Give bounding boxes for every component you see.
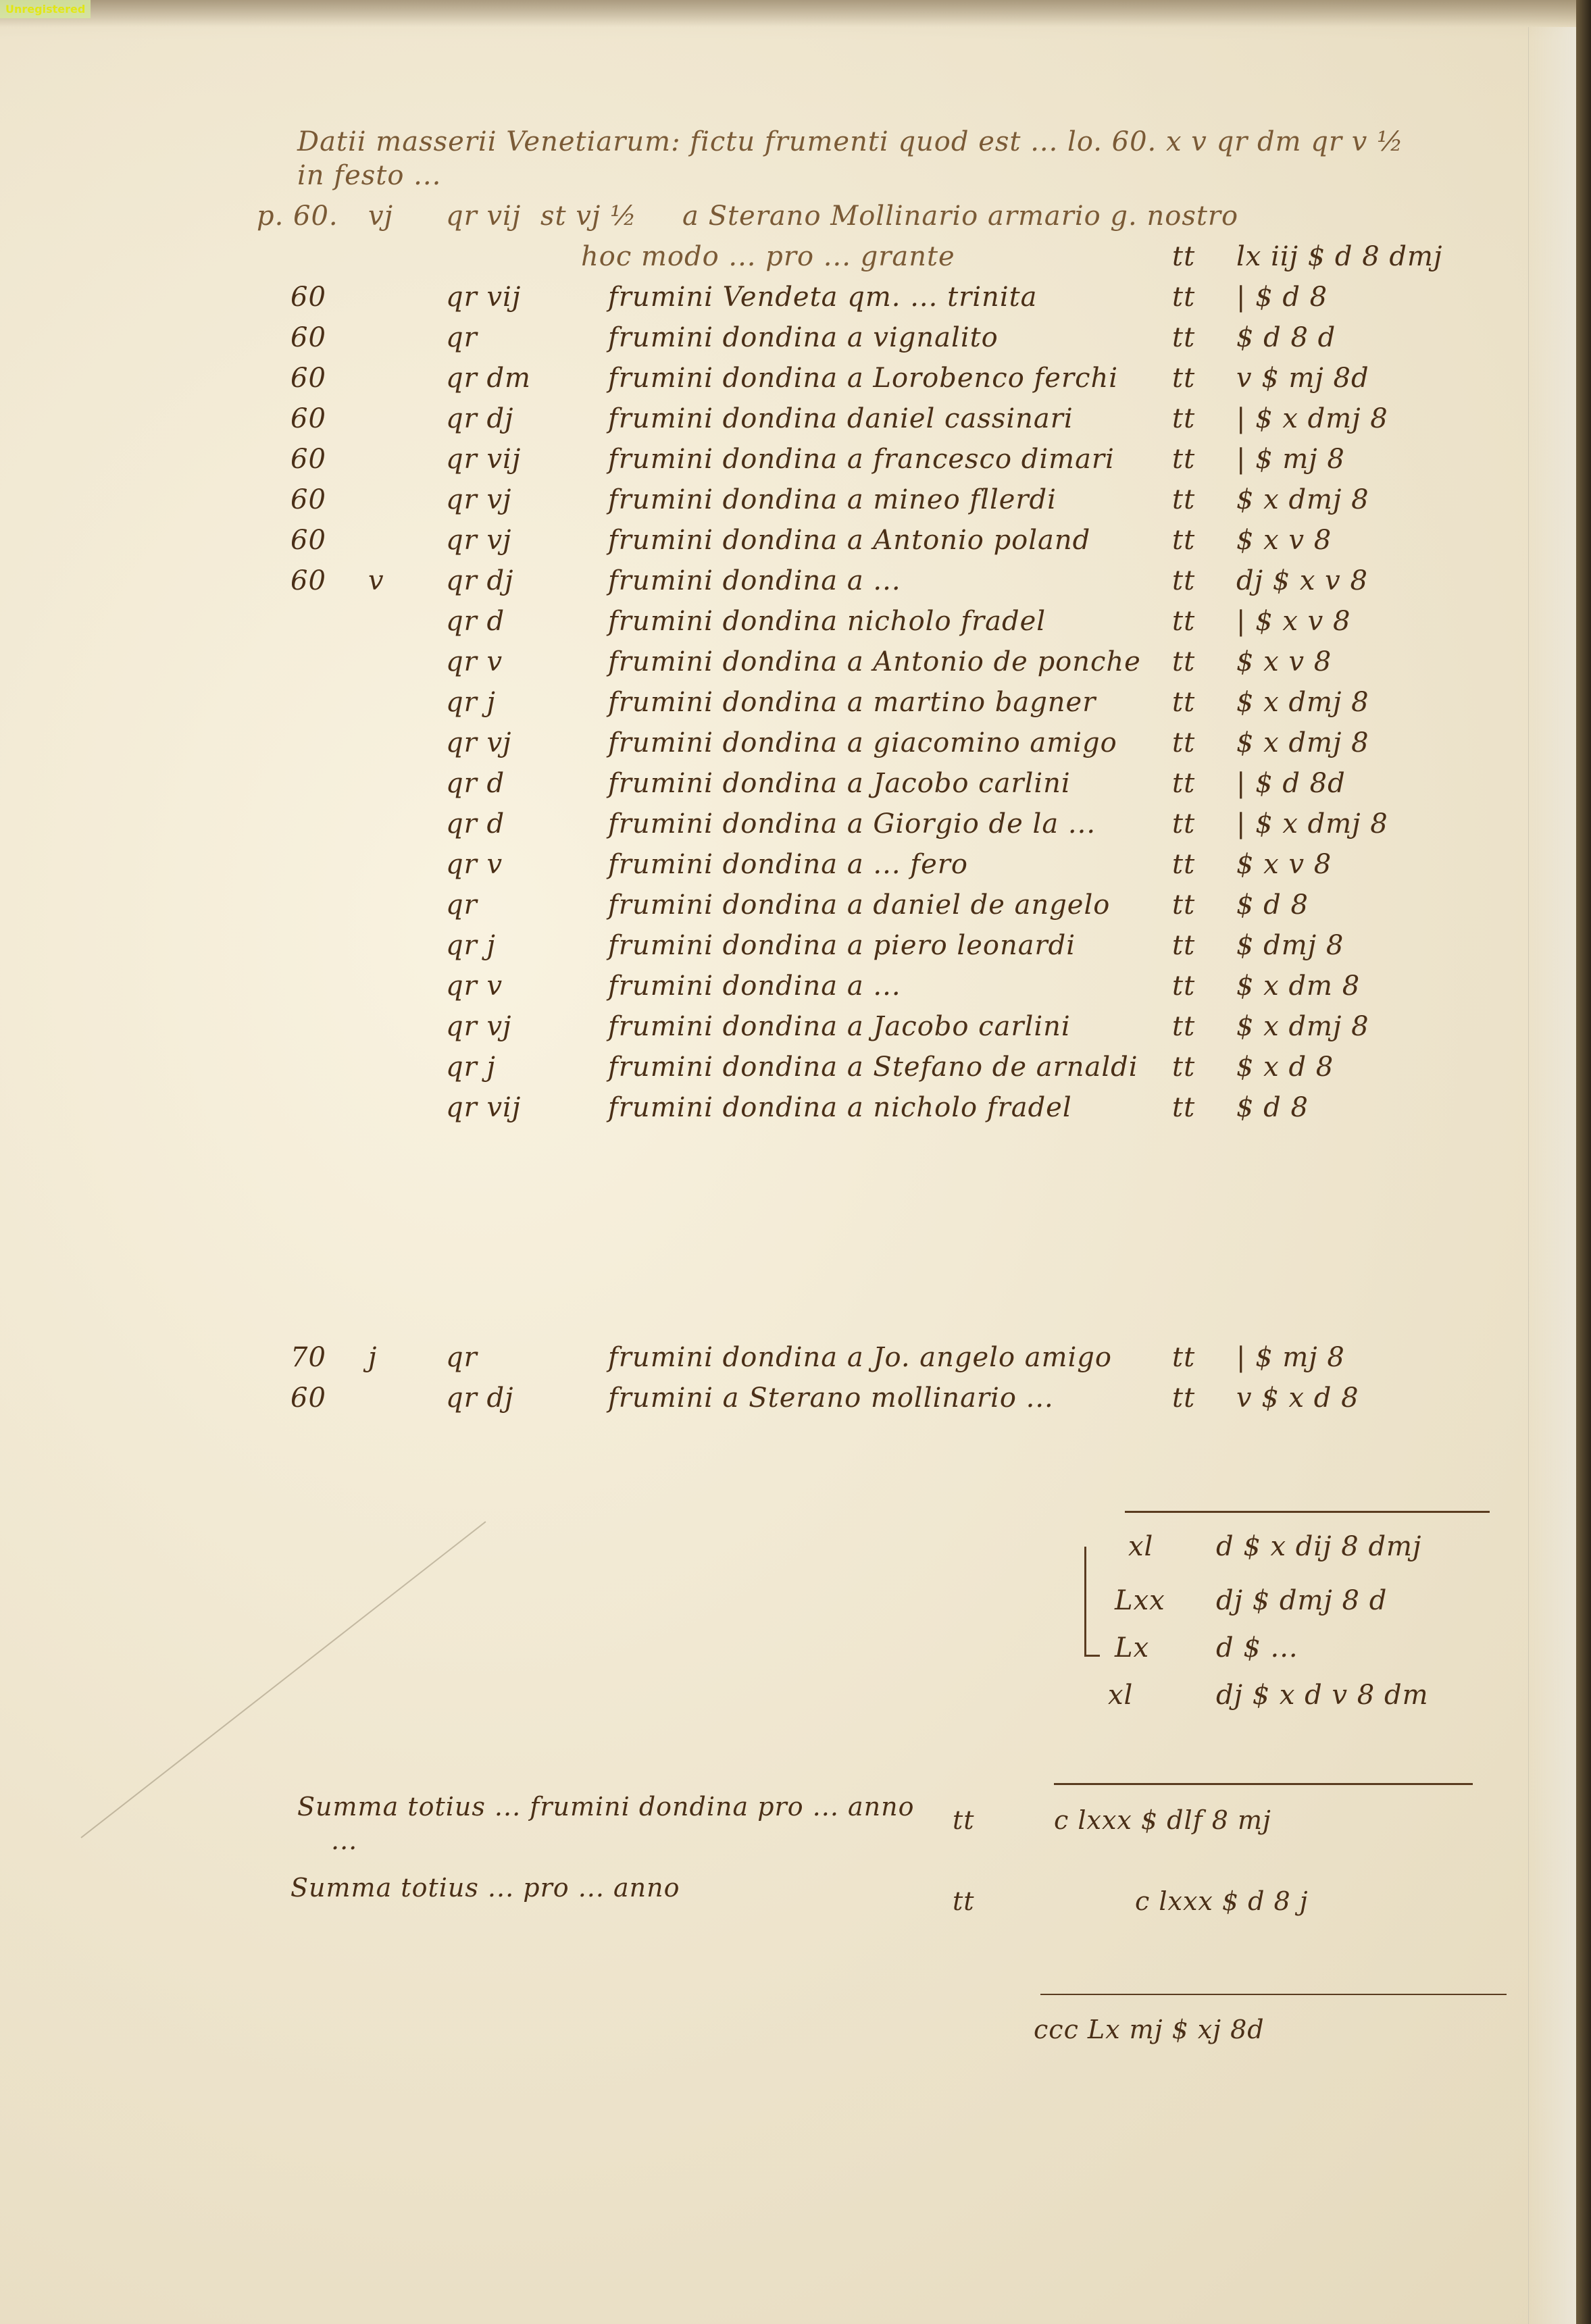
entry-text: frumini dondina a daniel de angelo [608,885,1110,925]
amount: $ x v 8 [1236,642,1332,682]
quantity: qr dj [446,1378,513,1418]
summary-mark: tt [953,1803,975,1837]
tt-mark: tt [1172,358,1195,398]
quantity: qr vj [446,723,511,763]
quantity: qr v [446,844,503,885]
summary-line-2: Summa totius ... pro ... anno [291,1871,680,1905]
ledger-row: qr vij frumini dondina a nicholo fradel … [0,1087,1554,1128]
quantity: qr vj [446,480,511,520]
quantity: qr vij [446,196,521,236]
first-entry: p. 60. vj qr vij st vj ½ a Sterano Molli… [0,196,1554,236]
entry-text: frumini dondina a Giorgio de la ... [608,804,1096,844]
margin-mark: 60 [291,358,326,398]
summary-amount: c lxxx $ dlf 8 mj [1054,1803,1271,1837]
tt-mark: tt [1172,723,1195,763]
entry-text: frumini dondina a Stefano de arnaldi [608,1047,1138,1087]
tt-mark: tt [1172,885,1195,925]
tt-mark: tt [1172,317,1195,358]
grand-total-rule [1040,1994,1507,1995]
ledger-row: qr j frumini dondina a Stefano de arnald… [0,1047,1554,1087]
subtotal-label: Lxx [1115,1580,1165,1621]
page-top-edge [0,0,1591,27]
subtotal-row: Lx d $ ... [0,1628,1554,1668]
amount: | $ x dmj 8 [1236,398,1388,439]
subtotal-label: xl [1108,1675,1133,1715]
subtotal-row: xl dj $ x d v 8 dm [0,1675,1554,1715]
extra-quantity: st vj ½ [540,196,637,236]
amount: v $ x d 8 [1236,1378,1359,1418]
entry-text: frumini dondina a piero leonardi [608,925,1076,966]
quantity: qr vj [446,1006,511,1047]
tt-mark: tt [1172,844,1195,885]
amount: $ d 8 [1236,885,1309,925]
summary-mark: tt [953,1884,975,1918]
quantity: qr d [446,804,505,844]
quantity: qr dm [446,358,531,398]
ledger-row: 60 qr dm frumini dondina a Lorobenco fer… [0,358,1554,398]
quantity: qr [446,1337,478,1378]
entry-text: frumini Vendeta qm. ... trinita [608,277,1038,317]
tt-mark: tt [1172,520,1195,561]
amount: | $ x v 8 [1236,601,1350,642]
grand-total: ccc Lx mj $ xj 8d [1034,2013,1265,2046]
tt-mark: tt [1172,561,1195,601]
heading-line-1: Datii masserii Venetiarum: fictu frument… [297,125,1513,159]
ledger-row: 60 qr vij frumini Vendeta qm. ... trinit… [0,277,1554,317]
sub-value: v [368,561,384,601]
tt-mark: tt [1172,1337,1195,1378]
margin-mark: 60 [291,561,326,601]
quantity: qr v [446,966,503,1006]
entry-text: frumini dondina a ... [608,966,901,1006]
ledger-row: 60 v qr dj frumini dondina a ... tt dj $… [0,561,1554,601]
first-entry-continuation: hoc modo ... pro ... grante tt lx iij $ … [0,236,1554,277]
quantity: qr vj [446,520,511,561]
ledger-row: 60 qr vij frumini dondina a francesco di… [0,439,1554,480]
quantity: qr [446,317,478,358]
tt-mark: tt [1172,1006,1195,1047]
tt-mark: tt [1172,439,1195,480]
ledger-row: qr j frumini dondina a martino bagner tt… [0,682,1554,723]
amount: $ dmj 8 [1236,925,1344,966]
margin-mark: 60 [291,439,326,480]
ledger-row: qr v frumini dondina a ... tt $ x dm 8 [0,966,1554,1006]
amount: dj $ x v 8 [1236,561,1368,601]
quantity: qr [446,885,478,925]
entry-text: frumini dondina a Antonio poland [608,520,1090,561]
summary-rule [1054,1783,1473,1785]
ledger-row: qr d frumini dondina nicholo fradel tt |… [0,601,1554,642]
entry-text: frumini dondina a Lorobenco ferchi [608,358,1118,398]
amount: $ x dm 8 [1236,966,1360,1006]
subtotal-amount: dj $ dmj 8 d [1216,1580,1387,1621]
quantity: qr v [446,642,503,682]
subtotal-label: xl [1128,1526,1153,1567]
margin-mark: 60 [291,317,326,358]
entry-text: frumini dondina daniel cassinari [608,398,1074,439]
ledger-row: 60 qr vj frumini dondina a Antonio polan… [0,520,1554,561]
ledger-row: qr d frumini dondina a Giorgio de la ...… [0,804,1554,844]
quantity: qr vij [446,277,521,317]
summary-line-1-cont: ... [331,1824,357,1857]
entry-text: frumini dondina a francesco dimari [608,439,1115,480]
ledger-row: 60 qr dj frumini a Sterano mollinario ..… [0,1378,1554,1418]
ledger-row: 60 qr frumini dondina a vignalito tt $ d… [0,317,1554,358]
sub-value: j [368,1337,377,1378]
watermark-label: Unregistered [0,0,91,18]
amount: $ x d 8 [1236,1047,1334,1087]
tt-mark: tt [1172,1378,1195,1418]
ledger-row: 70 j qr frumini dondina a Jo. angelo ami… [0,1337,1554,1378]
margin-mark: 60 [291,277,326,317]
subtotal-row: Lxx dj $ dmj 8 d [0,1580,1554,1621]
amount: | $ d 8 [1236,277,1328,317]
ledger-row: qr j frumini dondina a piero leonardi tt… [0,925,1554,966]
subtotal-amount: d $ x dij 8 dmj [1216,1526,1421,1567]
entry-text: frumini dondina nicholo fradel [608,601,1046,642]
entry-text: frumini dondina a Antonio de ponche [608,642,1141,682]
subtotal-amount: d $ ... [1216,1628,1298,1668]
quantity: qr dj [446,398,513,439]
tt-mark: tt [1172,925,1195,966]
amount: $ x v 8 [1236,520,1332,561]
subtotal-amount: dj $ x d v 8 dm [1216,1675,1429,1715]
amount: $ x dmj 8 [1236,480,1369,520]
amount: | $ x dmj 8 [1236,804,1388,844]
entry-text: frumini dondina a martino bagner [608,682,1096,723]
quantity: qr vij [446,439,521,480]
entry-text: frumini dondina a Jo. angelo amigo [608,1337,1112,1378]
margin-mark: 70 [291,1337,326,1378]
tt-mark: tt [1172,601,1195,642]
ledger-row: 60 qr dj frumini dondina daniel cassinar… [0,398,1554,439]
amount: $ d 8 [1236,1087,1309,1128]
tt-mark: tt [1172,236,1195,277]
margin-mark: 60 [291,480,326,520]
amount: | $ mj 8 [1236,439,1345,480]
ledger-row: qr vj frumini dondina a giacomino amigo … [0,723,1554,763]
quantity: qr dj [446,561,513,601]
ledger-row: qr v frumini dondina a ... fero tt $ x v… [0,844,1554,885]
amount: $ x v 8 [1236,844,1332,885]
amount: | $ mj 8 [1236,1337,1345,1378]
tt-mark: tt [1172,642,1195,682]
binding-gutter [1576,0,1591,2324]
quantity: qr j [446,1047,496,1087]
amount: $ d 8 d [1236,317,1336,358]
summary-amount: c lxxx $ d 8 j [1135,1884,1309,1918]
quantity: qr vij [446,1087,521,1128]
margin-mark: p. 60. [257,196,338,236]
tt-mark: tt [1172,763,1195,804]
entry-text: frumini dondina a Jacobo carlini [608,763,1071,804]
summary-line-1: Summa totius ... frumini dondina pro ...… [297,1790,914,1824]
entry-text: frumini dondina a Jacobo carlini [608,1006,1071,1047]
amount: | $ d 8d [1236,763,1346,804]
amount: v $ mj 8d [1236,358,1369,398]
entry-text: frumini dondina a giacomino amigo [608,723,1117,763]
tt-mark: tt [1172,804,1195,844]
ledger-heading: Datii masserii Venetiarum: fictu frument… [297,125,1513,192]
quantity: qr d [446,601,505,642]
tt-mark: tt [1172,966,1195,1006]
amount: $ x dmj 8 [1236,682,1369,723]
subtotal-rule [1125,1511,1490,1513]
entry-text: frumini a Sterano mollinario ... [608,1378,1054,1418]
quantity: qr j [446,682,496,723]
tt-mark: tt [1172,1087,1195,1128]
tt-mark: tt [1172,277,1195,317]
manuscript-page: Unregistered Datii masserii Venetiarum: … [0,0,1591,2324]
margin-mark: 60 [291,398,326,439]
margin-mark: 60 [291,520,326,561]
entry-text: frumini dondina a ... [608,561,901,601]
tt-mark: tt [1172,682,1195,723]
ledger-row: qr vj frumini dondina a Jacobo carlini t… [0,1006,1554,1047]
subtotal-label: Lx [1115,1628,1149,1668]
quantity: qr d [446,763,505,804]
entry-text: frumini dondina a ... fero [608,844,968,885]
entry-text: frumini dondina a mineo fllerdi [608,480,1057,520]
amount: $ x dmj 8 [1236,723,1369,763]
ledger-row: qr frumini dondina a daniel de angelo tt… [0,885,1554,925]
sub-value: vj [368,196,393,236]
tt-mark: tt [1172,398,1195,439]
entry-text: a Sterano Mollinario armario g. nostro [682,196,1238,236]
ledger-row: 60 qr vj frumini dondina a mineo fllerdi… [0,480,1554,520]
subtotal-row: xl d $ x dij 8 dmj [0,1526,1554,1567]
entry-text: frumini dondina a vignalito [608,317,999,358]
tt-mark: tt [1172,1047,1195,1087]
tt-mark: tt [1172,480,1195,520]
entry-text-cont: hoc modo ... pro ... grante [581,236,955,277]
heading-line-2: in festo ... [297,159,1513,192]
amount: $ x dmj 8 [1236,1006,1369,1047]
amount: lx iij $ d 8 dmj [1236,236,1442,277]
entry-text: frumini dondina a nicholo fradel [608,1087,1072,1128]
ledger-row: qr v frumini dondina a Antonio de ponche… [0,642,1554,682]
margin-mark: 60 [291,1378,326,1418]
ledger-row: qr d frumini dondina a Jacobo carlini tt… [0,763,1554,804]
quantity: qr j [446,925,496,966]
